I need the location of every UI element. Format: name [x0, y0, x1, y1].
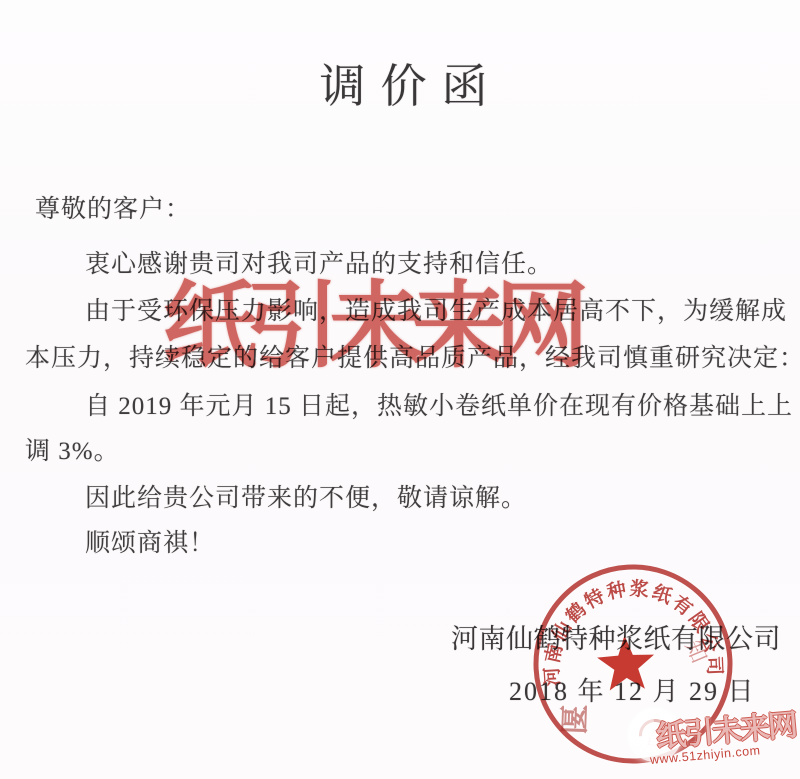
body-line-7: 顺颂商祺！: [85, 523, 215, 559]
letter-title: 调价函: [0, 50, 800, 116]
body-line-6: 因此给贵公司带来的不便，敬请谅解。: [85, 478, 527, 514]
seal-artifact: 匽: [558, 704, 593, 735]
site-watermark-center: 纸引未来网: [163, 280, 578, 374]
salutation: 尊敬的客户：: [35, 189, 191, 225]
signature-company: 河南仙鹤特种浆纸有限公司: [451, 617, 781, 656]
company-seal: 河南仙鹤特种浆纸有限公司 知 匽 昌: [526, 557, 740, 771]
seal-artifact: 昌: [644, 727, 668, 753]
body-line-4: 自 2019 年元月 15 日起，热敏小卷纸单价在现有价格基础上上: [85, 386, 793, 422]
signature-date: 2018 年 12 月 29 日: [509, 671, 756, 708]
scanned-letter-page: 调价函 尊敬的客户： 衷心感谢贵司对我司产品的支持和信任。 由于受环保压力影响，…: [0, 0, 800, 779]
company-seal-graphic: 河南仙鹤特种浆纸有限公司 知 匽 昌: [526, 557, 740, 771]
body-line-5: 调 3%。: [25, 431, 120, 467]
